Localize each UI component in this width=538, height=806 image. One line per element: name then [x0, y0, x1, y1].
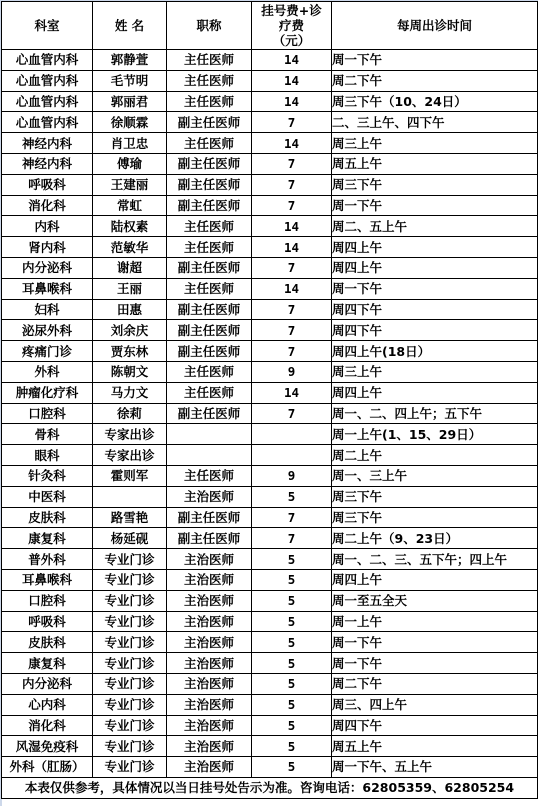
cell-fee: 5	[252, 653, 332, 674]
cell-title	[167, 424, 252, 445]
cell-schedule: 周三上午	[332, 133, 538, 154]
table-row: 针灸科霍则军主任医师9周一、三上午	[2, 465, 538, 486]
cell-title: 主任医师	[167, 91, 252, 112]
cell-title	[167, 445, 252, 466]
cell-schedule: 周三下午（10、24日）	[332, 91, 538, 112]
cell-title: 主任医师	[167, 361, 252, 382]
header-fee-line1: 挂号费+诊	[252, 3, 331, 18]
cell-schedule: 周四上午	[332, 382, 538, 403]
cell-fee: 5	[252, 549, 332, 570]
cell-dept: 外科（肛肠）	[2, 757, 93, 778]
header-schedule: 每周出诊时间	[332, 2, 538, 50]
cell-schedule: 周一下午	[332, 653, 538, 674]
table-row: 皮肤科路雪艳副主任医师7周三下午	[2, 507, 538, 528]
cell-fee: 14	[252, 50, 332, 71]
cell-dept: 神经内科	[2, 153, 93, 174]
cell-schedule: 周三下午	[332, 507, 538, 528]
cell-schedule: 周二、五上午	[332, 216, 538, 237]
cell-dept: 内科	[2, 216, 93, 237]
table-row: 中医科主治医师5周三下午	[2, 486, 538, 507]
cell-fee: 7	[252, 112, 332, 133]
footer-row: 本表仅供参考，具体情况以当日挂号处告示为准。咨询电话：62805359、6280…	[2, 777, 538, 798]
cell-dept: 神经内科	[2, 133, 93, 154]
cell-schedule: 周一、三上午	[332, 465, 538, 486]
cell-schedule: 周三下午	[332, 174, 538, 195]
cell-title: 主任医师	[167, 382, 252, 403]
cell-schedule: 周四上午	[332, 569, 538, 590]
cell-schedule: 周一下午	[332, 632, 538, 653]
table-row: 心血管内科郭丽君主任医师14周三下午（10、24日）	[2, 91, 538, 112]
cell-fee: 7	[252, 195, 332, 216]
cell-name: 陆权素	[93, 216, 167, 237]
table-row: 心血管内科郭静萱主任医师14周一下午	[2, 50, 538, 71]
cell-name: 徐顺霖	[93, 112, 167, 133]
cell-title: 主治医师	[167, 694, 252, 715]
cell-name: 刘余庆	[93, 320, 167, 341]
cell-name: 专业门诊	[93, 673, 167, 694]
cell-schedule: 周一至五全天	[332, 590, 538, 611]
cell-name: 专业门诊	[93, 736, 167, 757]
table-row: 骨科专家出诊周一上午(1、15、29日）	[2, 424, 538, 445]
cell-name: 田惠	[93, 299, 167, 320]
cell-fee: 7	[252, 507, 332, 528]
cell-dept: 皮肤科	[2, 632, 93, 653]
cell-dept: 皮肤科	[2, 507, 93, 528]
table-row: 呼吸科专业门诊主治医师5周一上午	[2, 611, 538, 632]
cell-fee: 14	[252, 133, 332, 154]
cell-dept: 疼痛门诊	[2, 341, 93, 362]
cell-schedule: 周四上午(18日）	[332, 341, 538, 362]
cell-fee	[252, 445, 332, 466]
cell-schedule: 周三、四上午	[332, 694, 538, 715]
cell-dept: 口腔科	[2, 590, 93, 611]
cell-fee: 5	[252, 486, 332, 507]
table-row: 肿瘤化疗科马力文主任医师14周四上午	[2, 382, 538, 403]
cell-name: 郭静萱	[93, 50, 167, 71]
cell-fee: 5	[252, 694, 332, 715]
cell-name: 郭丽君	[93, 91, 167, 112]
cell-title: 主任医师	[167, 70, 252, 91]
cell-schedule: 周四下午	[332, 299, 538, 320]
cell-title: 主任医师	[167, 216, 252, 237]
clinic-schedule-table: 科室 姓 名 职称 挂号费+诊 疗费 （元） 每周出诊时间 心血管内科郭静萱主任…	[1, 1, 538, 799]
cell-title: 主治医师	[167, 549, 252, 570]
cell-fee: 7	[252, 403, 332, 424]
cell-dept: 外科	[2, 361, 93, 382]
cell-name: 专业门诊	[93, 569, 167, 590]
cell-schedule: 二、三上午、四下午	[332, 112, 538, 133]
cell-title: 主治医师	[167, 653, 252, 674]
table-row: 疼痛门诊贾东林副主任医师7周四上午(18日）	[2, 341, 538, 362]
cell-fee: 7	[252, 320, 332, 341]
table-row: 外科（肛肠）专业门诊主治医师5周一下午、五上午	[2, 757, 538, 778]
cell-dept: 心血管内科	[2, 112, 93, 133]
cell-title: 副主任医师	[167, 112, 252, 133]
cell-schedule: 周一、二、三、五下午；四上午	[332, 549, 538, 570]
cell-name: 贾东林	[93, 341, 167, 362]
table-row: 心内科专业门诊主治医师5周三、四上午	[2, 694, 538, 715]
cell-dept: 耳鼻喉科	[2, 569, 93, 590]
cell-title: 副主任医师	[167, 299, 252, 320]
cell-dept: 中医科	[2, 486, 93, 507]
cell-dept: 口腔科	[2, 403, 93, 424]
cell-schedule: 周四上午	[332, 257, 538, 278]
cell-schedule: 周一下午、五上午	[332, 757, 538, 778]
cell-dept: 内分泌科	[2, 673, 93, 694]
table-row: 消化科专业门诊主治医师5周四下午	[2, 715, 538, 736]
cell-dept: 心内科	[2, 694, 93, 715]
cell-schedule: 周一、二、四上午；五下午	[332, 403, 538, 424]
cell-name: 徐莉	[93, 403, 167, 424]
cell-schedule: 周二下午	[332, 673, 538, 694]
cell-dept: 康复科	[2, 653, 93, 674]
cell-title: 副主任医师	[167, 507, 252, 528]
header-fee-line3: （元）	[252, 33, 331, 48]
table-row: 神经内科傅瑜副主任医师7周五上午	[2, 153, 538, 174]
table-row: 外科陈朝文主任医师9周三上午	[2, 361, 538, 382]
cell-dept: 心血管内科	[2, 91, 93, 112]
cell-fee: 7	[252, 153, 332, 174]
cell-name: 霍则军	[93, 465, 167, 486]
cell-fee: 5	[252, 736, 332, 757]
cell-name: 范敏华	[93, 237, 167, 258]
cell-name: 专业门诊	[93, 590, 167, 611]
cell-title: 副主任医师	[167, 153, 252, 174]
cell-schedule: 周四上午	[332, 237, 538, 258]
cell-schedule: 周三下午	[332, 486, 538, 507]
table-row: 神经内科肖卫忠主任医师14周三上午	[2, 133, 538, 154]
cell-title: 主治医师	[167, 486, 252, 507]
table-row: 妇科田惠副主任医师7周四下午	[2, 299, 538, 320]
cell-fee: 14	[252, 216, 332, 237]
table-row: 风湿免疫科专业门诊主治医师5周五上午	[2, 736, 538, 757]
cell-name: 马力文	[93, 382, 167, 403]
cell-schedule: 周二上午（9、23日）	[332, 528, 538, 549]
cell-name: 肖卫忠	[93, 133, 167, 154]
cell-fee: 14	[252, 70, 332, 91]
cell-name: 路雪艳	[93, 507, 167, 528]
cell-name: 专业门诊	[93, 715, 167, 736]
table-row: 心血管内科毛节明主任医师14周二下午	[2, 70, 538, 91]
cell-fee: 5	[252, 715, 332, 736]
cell-fee: 9	[252, 361, 332, 382]
cell-dept: 康复科	[2, 528, 93, 549]
header-name: 姓 名	[93, 2, 167, 50]
cell-dept: 消化科	[2, 195, 93, 216]
cell-fee: 5	[252, 757, 332, 778]
cell-title: 主任医师	[167, 465, 252, 486]
table-row: 康复科专业门诊主治医师5周一下午	[2, 653, 538, 674]
cell-fee: 14	[252, 382, 332, 403]
cell-title: 主治医师	[167, 715, 252, 736]
cell-name: 陈朝文	[93, 361, 167, 382]
cell-title: 副主任医师	[167, 528, 252, 549]
table-row: 口腔科徐莉副主任医师7周一、二、四上午；五下午	[2, 403, 538, 424]
table-row: 内科陆权素主任医师14周二、五上午	[2, 216, 538, 237]
cell-schedule: 周五上午	[332, 153, 538, 174]
cell-fee: 7	[252, 299, 332, 320]
cell-dept: 肿瘤化疗科	[2, 382, 93, 403]
cell-dept: 妇科	[2, 299, 93, 320]
cell-dept: 内分泌科	[2, 257, 93, 278]
cell-fee: 7	[252, 341, 332, 362]
cell-dept: 眼科	[2, 445, 93, 466]
cell-schedule: 周一下午	[332, 50, 538, 71]
table-row: 皮肤科专业门诊主治医师5周一下午	[2, 632, 538, 653]
table-body: 心血管内科郭静萱主任医师14周一下午心血管内科毛节明主任医师14周二下午心血管内…	[2, 50, 538, 778]
table-row: 心血管内科徐顺霖副主任医师7二、三上午、四下午	[2, 112, 538, 133]
header-fee-line2: 疗费	[252, 18, 331, 33]
cell-dept: 骨科	[2, 424, 93, 445]
cell-name: 杨延砚	[93, 528, 167, 549]
cell-dept: 普外科	[2, 549, 93, 570]
cell-name: 常虹	[93, 195, 167, 216]
cell-fee: 14	[252, 278, 332, 299]
cell-dept: 耳鼻喉科	[2, 278, 93, 299]
cell-title: 主任医师	[167, 50, 252, 71]
table-row: 肾内科范敏华主任医师14周四上午	[2, 237, 538, 258]
cell-schedule: 周五上午	[332, 736, 538, 757]
table-row: 消化科常虹副主任医师7周一下午	[2, 195, 538, 216]
cell-schedule: 周四下午	[332, 715, 538, 736]
table-row: 内分泌科专业门诊主治医师5周二下午	[2, 673, 538, 694]
cell-title: 主治医师	[167, 632, 252, 653]
cell-fee: 14	[252, 237, 332, 258]
cell-title: 副主任医师	[167, 403, 252, 424]
cell-dept: 心血管内科	[2, 70, 93, 91]
header-dept: 科室	[2, 2, 93, 50]
table-row: 口腔科专业门诊主治医师5周一至五全天	[2, 590, 538, 611]
table-row: 呼吸科王建丽副主任医师7周三下午	[2, 174, 538, 195]
table-row: 康复科杨延砚副主任医师7周二上午（9、23日）	[2, 528, 538, 549]
cell-dept: 呼吸科	[2, 174, 93, 195]
cell-name: 专业门诊	[93, 611, 167, 632]
cell-schedule: 周四下午	[332, 320, 538, 341]
cell-title: 副主任医师	[167, 341, 252, 362]
cell-title: 主治医师	[167, 673, 252, 694]
table-row: 普外科专业门诊主治医师5周一、二、三、五下午；四上午	[2, 549, 538, 570]
header-title: 职称	[167, 2, 252, 50]
cell-name: 专业门诊	[93, 757, 167, 778]
cell-title: 主任医师	[167, 278, 252, 299]
cell-title: 主治医师	[167, 736, 252, 757]
cell-name: 王建丽	[93, 174, 167, 195]
cell-name: 谢超	[93, 257, 167, 278]
cell-title: 副主任医师	[167, 320, 252, 341]
cell-name	[93, 486, 167, 507]
cell-fee: 5	[252, 673, 332, 694]
cell-title: 主治医师	[167, 569, 252, 590]
cell-title: 主任医师	[167, 133, 252, 154]
cell-fee: 5	[252, 569, 332, 590]
cell-schedule: 周一下午	[332, 195, 538, 216]
cell-dept: 针灸科	[2, 465, 93, 486]
cell-dept: 心血管内科	[2, 50, 93, 71]
cell-schedule: 周一上午(1、15、29日）	[332, 424, 538, 445]
cell-name: 专业门诊	[93, 549, 167, 570]
cell-title: 主治医师	[167, 590, 252, 611]
cell-name: 专业门诊	[93, 653, 167, 674]
cell-fee: 7	[252, 528, 332, 549]
cell-schedule: 周二上午	[332, 445, 538, 466]
table-row: 耳鼻喉科王丽主任医师14周一下午	[2, 278, 538, 299]
table-header-row: 科室 姓 名 职称 挂号费+诊 疗费 （元） 每周出诊时间	[2, 2, 538, 50]
cell-schedule: 周一下午	[332, 278, 538, 299]
cell-fee: 9	[252, 465, 332, 486]
table-row: 泌尿外科刘余庆副主任医师7周四下午	[2, 320, 538, 341]
table-row: 内分泌科谢超副主任医师7周四上午	[2, 257, 538, 278]
cell-name: 专家出诊	[93, 424, 167, 445]
cell-dept: 肾内科	[2, 237, 93, 258]
table-row: 眼科专家出诊周二上午	[2, 445, 538, 466]
cell-title: 主治医师	[167, 611, 252, 632]
cell-fee	[252, 424, 332, 445]
cell-title: 副主任医师	[167, 195, 252, 216]
cell-fee: 5	[252, 590, 332, 611]
header-fee: 挂号费+诊 疗费 （元）	[252, 2, 332, 50]
cell-dept: 泌尿外科	[2, 320, 93, 341]
cell-name: 专业门诊	[93, 694, 167, 715]
cell-fee: 5	[252, 632, 332, 653]
cell-name: 专业门诊	[93, 632, 167, 653]
cell-name: 毛节明	[93, 70, 167, 91]
cell-title: 副主任医师	[167, 257, 252, 278]
footer-note: 本表仅供参考，具体情况以当日挂号处告示为准。咨询电话：62805359、6280…	[2, 777, 538, 798]
cell-name: 专家出诊	[93, 445, 167, 466]
cell-dept: 呼吸科	[2, 611, 93, 632]
cell-schedule: 周一上午	[332, 611, 538, 632]
cell-title: 副主任医师	[167, 174, 252, 195]
cell-title: 主任医师	[167, 237, 252, 258]
cell-schedule: 周三上午	[332, 361, 538, 382]
cell-dept: 风湿免疫科	[2, 736, 93, 757]
cell-fee: 5	[252, 611, 332, 632]
cell-fee: 7	[252, 257, 332, 278]
table-row: 耳鼻喉科专业门诊主治医师5周四上午	[2, 569, 538, 590]
cell-fee: 7	[252, 174, 332, 195]
cell-name: 傅瑜	[93, 153, 167, 174]
cell-title: 主治医师	[167, 757, 252, 778]
cell-schedule: 周二下午	[332, 70, 538, 91]
cell-fee: 14	[252, 91, 332, 112]
cell-dept: 消化科	[2, 715, 93, 736]
cell-name: 王丽	[93, 278, 167, 299]
